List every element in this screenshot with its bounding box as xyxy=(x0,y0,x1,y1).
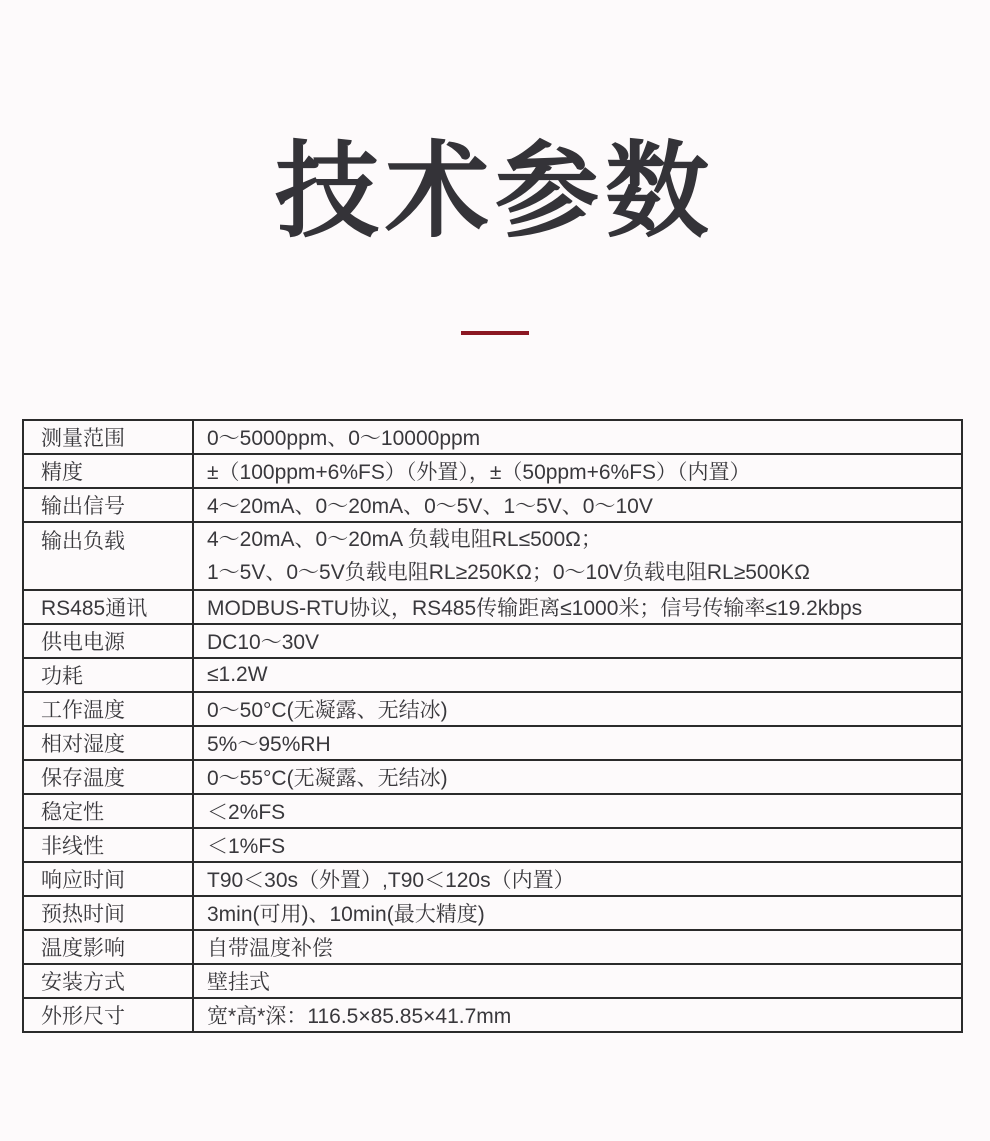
table-row: 非线性 ＜1%FS xyxy=(23,828,962,862)
spec-label: 稳定性 xyxy=(23,794,193,828)
spec-label: 响应时间 xyxy=(23,862,193,896)
table-row: 稳定性 ＜2%FS xyxy=(23,794,962,828)
table-row: 工作温度 0～50°C(无凝露、无结冰) xyxy=(23,692,962,726)
spec-sheet-page: 技术参数 测量范围 0～5000ppm、0～10000ppm 精度 ±（100p… xyxy=(0,0,990,1141)
spec-label: 安装方式 xyxy=(23,964,193,998)
spec-value: 0～5000ppm、0～10000ppm xyxy=(193,420,962,454)
spec-label: 输出信号 xyxy=(23,488,193,522)
spec-value: 4～20mA、0～20mA、0～5V、1～5V、0～10V xyxy=(193,488,962,522)
table-row: 外形尺寸 宽*高*深：116.5×85.85×41.7mm xyxy=(23,998,962,1032)
spec-value: 0～55°C(无凝露、无结冰) xyxy=(193,760,962,794)
spec-label: 供电电源 xyxy=(23,624,193,658)
table-row: 安装方式 壁挂式 xyxy=(23,964,962,998)
spec-value: 壁挂式 xyxy=(193,964,962,998)
table-row: RS485通讯 MODBUS-RTU协议，RS485传输距离≤1000米；信号传… xyxy=(23,590,962,624)
page-title: 技术参数 xyxy=(0,0,990,247)
spec-value: ±（100ppm+6%FS）（外置），±（50ppm+6%FS）（内置） xyxy=(193,454,962,488)
table-row: 相对湿度 5%～95%RH xyxy=(23,726,962,760)
spec-value-line2: 1～5V、0～5V负载电阻RL≥250KΩ；0～10V负载电阻RL≥500KΩ xyxy=(207,556,961,589)
spec-table: 测量范围 0～5000ppm、0～10000ppm 精度 ±（100ppm+6%… xyxy=(22,419,963,1033)
spec-value: 5%～95%RH xyxy=(193,726,962,760)
spec-label: 相对湿度 xyxy=(23,726,193,760)
spec-label: 温度影响 xyxy=(23,930,193,964)
table-row: 功耗 ≤1.2W xyxy=(23,658,962,692)
table-row: 精度 ±（100ppm+6%FS）（外置），±（50ppm+6%FS）（内置） xyxy=(23,454,962,488)
table-row: 温度影响 自带温度补偿 xyxy=(23,930,962,964)
spec-value: 自带温度补偿 xyxy=(193,930,962,964)
table-row: 测量范围 0～5000ppm、0～10000ppm xyxy=(23,420,962,454)
table-row: 输出负载 4～20mA、0～20mA 负载电阻RL≤500Ω； 1～5V、0～5… xyxy=(23,522,962,590)
spec-label: 功耗 xyxy=(23,658,193,692)
spec-value: 0～50°C(无凝露、无结冰) xyxy=(193,692,962,726)
spec-label: 工作温度 xyxy=(23,692,193,726)
spec-value: T90＜30s（外置）,T90＜120s（内置） xyxy=(193,862,962,896)
spec-value: ＜1%FS xyxy=(193,828,962,862)
spec-label: 保存温度 xyxy=(23,760,193,794)
spec-label: 外形尺寸 xyxy=(23,998,193,1032)
table-row: 供电电源 DC10～30V xyxy=(23,624,962,658)
spec-label: 预热时间 xyxy=(23,896,193,930)
table-row: 输出信号 4～20mA、0～20mA、0～5V、1～5V、0～10V xyxy=(23,488,962,522)
spec-label: 精度 xyxy=(23,454,193,488)
title-accent-divider xyxy=(461,331,529,335)
spec-value: 3min(可用)、10min(最大精度) xyxy=(193,896,962,930)
spec-label: 测量范围 xyxy=(23,420,193,454)
spec-label: 输出负载 xyxy=(23,522,193,590)
spec-value: DC10～30V xyxy=(193,624,962,658)
spec-value: 4～20mA、0～20mA 负载电阻RL≤500Ω； 1～5V、0～5V负载电阻… xyxy=(193,522,962,590)
table-row: 保存温度 0～55°C(无凝露、无结冰) xyxy=(23,760,962,794)
spec-value: MODBUS-RTU协议，RS485传输距离≤1000米；信号传输率≤19.2k… xyxy=(193,590,962,624)
table-row: 响应时间 T90＜30s（外置）,T90＜120s（内置） xyxy=(23,862,962,896)
spec-value: 宽*高*深：116.5×85.85×41.7mm xyxy=(193,998,962,1032)
table-row: 预热时间 3min(可用)、10min(最大精度) xyxy=(23,896,962,930)
spec-label: RS485通讯 xyxy=(23,590,193,624)
spec-value-line1: 4～20mA、0～20mA 负载电阻RL≤500Ω； xyxy=(207,523,961,556)
spec-value: ≤1.2W xyxy=(193,658,962,692)
spec-label: 非线性 xyxy=(23,828,193,862)
spec-value: ＜2%FS xyxy=(193,794,962,828)
